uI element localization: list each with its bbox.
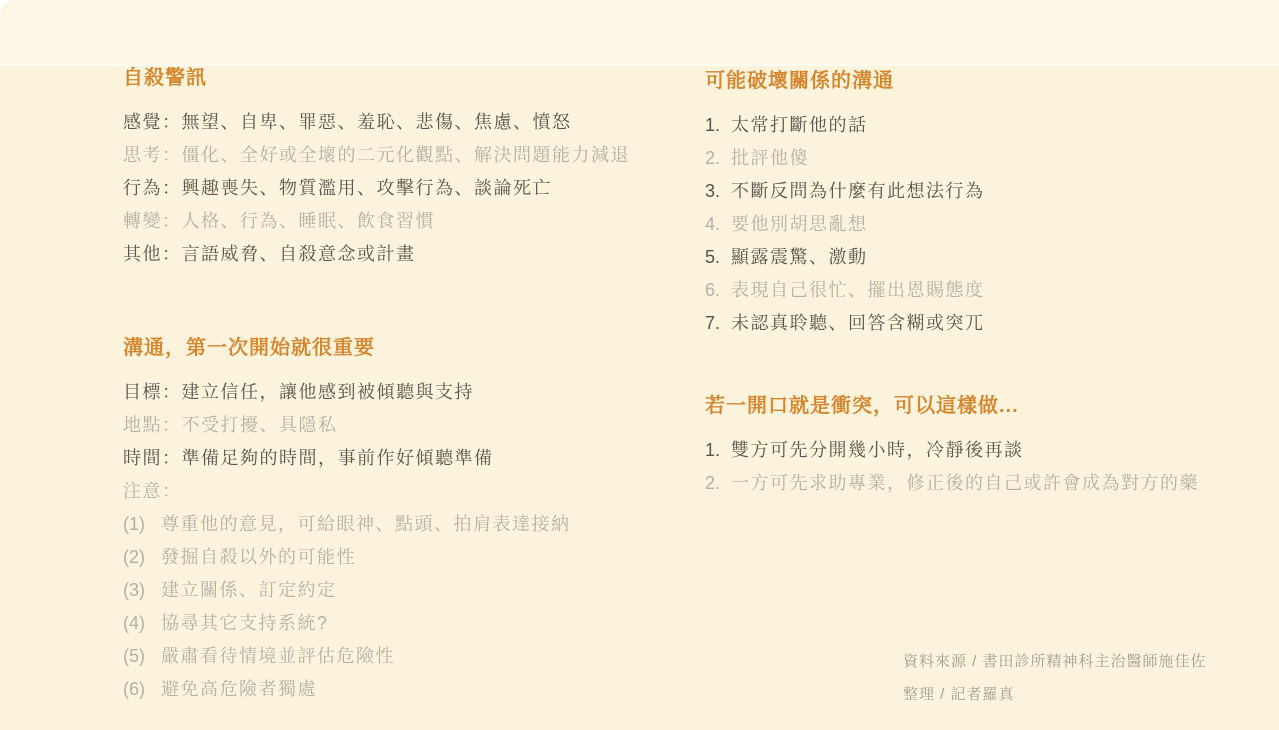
item-number: 5. (705, 241, 731, 274)
comm-line-caution: 注意： (123, 475, 571, 508)
section-title: 溝通，第一次開始就很重要 (123, 335, 571, 361)
destructive-item: 5.顯露震驚、激動 (705, 241, 985, 274)
item-number: 6. (705, 274, 731, 307)
item-text: 批評他傻 (731, 148, 809, 168)
infographic: 自殺警訊 感覺：無望、自卑、罪惡、羞恥、悲傷、焦慮、憤怒 思考：僵化、全好或全壞… (0, 0, 1279, 730)
section-destructive-communication: 可能破壞關係的溝通 1.太常打斷他的話 2.批評他傻 3.不斷反問為什麼有此想法… (705, 68, 985, 340)
item-text: 雙方可先分開幾小時，冷靜後再談 (731, 440, 1024, 460)
item-number: 3. (705, 175, 731, 208)
item-text: 表現自己很忙、擺出恩賜態度 (731, 280, 985, 300)
item-text: 一方可先求助專業，修正後的自己或許會成為對方的藥 (731, 473, 1199, 493)
destructive-item: 4.要他別胡思亂想 (705, 208, 985, 241)
destructive-item: 7.未認真聆聽、回答含糊或突兀 (705, 307, 985, 340)
destructive-item: 1.太常打斷他的話 (705, 109, 985, 142)
note-number: (1) (123, 508, 161, 541)
note-text: 建立關係、訂定約定 (161, 580, 337, 600)
conflict-item: 1.雙方可先分開幾小時，冷靜後再談 (705, 434, 1199, 467)
item-text: 未認真聆聽、回答含糊或突兀 (731, 313, 985, 333)
note-text: 避免高危險者獨處 (161, 679, 317, 699)
comm-line-time: 時間：準備足夠的時間，事前作好傾聽準備 (123, 442, 571, 475)
destructive-item: 2.批評他傻 (705, 142, 985, 175)
item-number: 1. (705, 109, 731, 142)
note-text: 嚴肅看待情境並評估危險性 (161, 646, 395, 666)
section-title: 可能破壞關係的溝通 (705, 68, 985, 94)
item-number: 7. (705, 307, 731, 340)
comm-note: (5)嚴肅看待情境並評估危險性 (123, 640, 571, 673)
note-number: (3) (123, 574, 161, 607)
comm-note: (1)尊重他的意見，可給眼神、點頭、拍肩表達接納 (123, 508, 571, 541)
destructive-item: 6.表現自己很忙、擺出恩賜態度 (705, 274, 985, 307)
section-title: 若一開口就是衝突，可以這樣做... (705, 393, 1199, 419)
item-number: 2. (705, 467, 731, 500)
warning-line-thinking: 思考：僵化、全好或全壞的二元化觀點、解決問題能力減退 (123, 139, 630, 172)
comm-line-place: 地點：不受打擾、具隱私 (123, 409, 571, 442)
comm-note: (4)協尋其它支持系統? (123, 607, 571, 640)
note-number: (4) (123, 607, 161, 640)
conflict-item: 2.一方可先求助專業，修正後的自己或許會成為對方的藥 (705, 467, 1199, 500)
destructive-item: 3.不斷反問為什麼有此想法行為 (705, 175, 985, 208)
warning-line-changes: 轉變：人格、行為、睡眠、飲食習慣 (123, 205, 630, 238)
section-communication-first-time: 溝通，第一次開始就很重要 目標：建立信任，讓他感到被傾聽與支持 地點：不受打擾、… (123, 335, 571, 706)
item-text: 太常打斷他的話 (731, 115, 868, 135)
credit-source: 資料來源 / 書田診所精神科主治醫師施佳佐 (903, 645, 1207, 678)
item-text: 要他別胡思亂想 (731, 214, 868, 234)
note-number: (6) (123, 673, 161, 706)
note-number: (2) (123, 541, 161, 574)
item-number: 4. (705, 208, 731, 241)
comm-note: (3)建立關係、訂定約定 (123, 574, 571, 607)
comm-note: (2)發掘自殺以外的可能性 (123, 541, 571, 574)
warning-line-feelings: 感覺：無望、自卑、罪惡、羞恥、悲傷、焦慮、憤怒 (123, 106, 630, 139)
credits: 資料來源 / 書田診所精神科主治醫師施佳佐 整理 / 記者羅真 (903, 645, 1207, 711)
item-text: 不斷反問為什麼有此想法行為 (731, 181, 985, 201)
item-number: 2. (705, 142, 731, 175)
note-text: 尊重他的意見，可給眼神、點頭、拍肩表達接納 (161, 514, 571, 534)
section-conflict-advice: 若一開口就是衝突，可以這樣做... 1.雙方可先分開幾小時，冷靜後再談 2.一方… (705, 393, 1199, 500)
credit-editor: 整理 / 記者羅真 (903, 678, 1207, 711)
note-text: 發掘自殺以外的可能性 (161, 547, 356, 567)
warning-line-other: 其他：言語威脅、自殺意念或計畫 (123, 238, 630, 271)
comm-note: (6)避免高危險者獨處 (123, 673, 571, 706)
note-number: (5) (123, 640, 161, 673)
comm-line-goal: 目標：建立信任，讓他感到被傾聽與支持 (123, 376, 571, 409)
item-text: 顯露震驚、激動 (731, 247, 868, 267)
note-text: 協尋其它支持系統? (161, 613, 329, 633)
section-title: 自殺警訊 (123, 65, 630, 91)
section-suicide-warning-signs: 自殺警訊 感覺：無望、自卑、罪惡、羞恥、悲傷、焦慮、憤怒 思考：僵化、全好或全壞… (123, 65, 630, 271)
warning-line-behavior: 行為：興趣喪失、物質濫用、攻擊行為、談論死亡 (123, 172, 630, 205)
item-number: 1. (705, 434, 731, 467)
top-band (0, 0, 1279, 64)
rounded-corner-artifact (0, 0, 12, 12)
